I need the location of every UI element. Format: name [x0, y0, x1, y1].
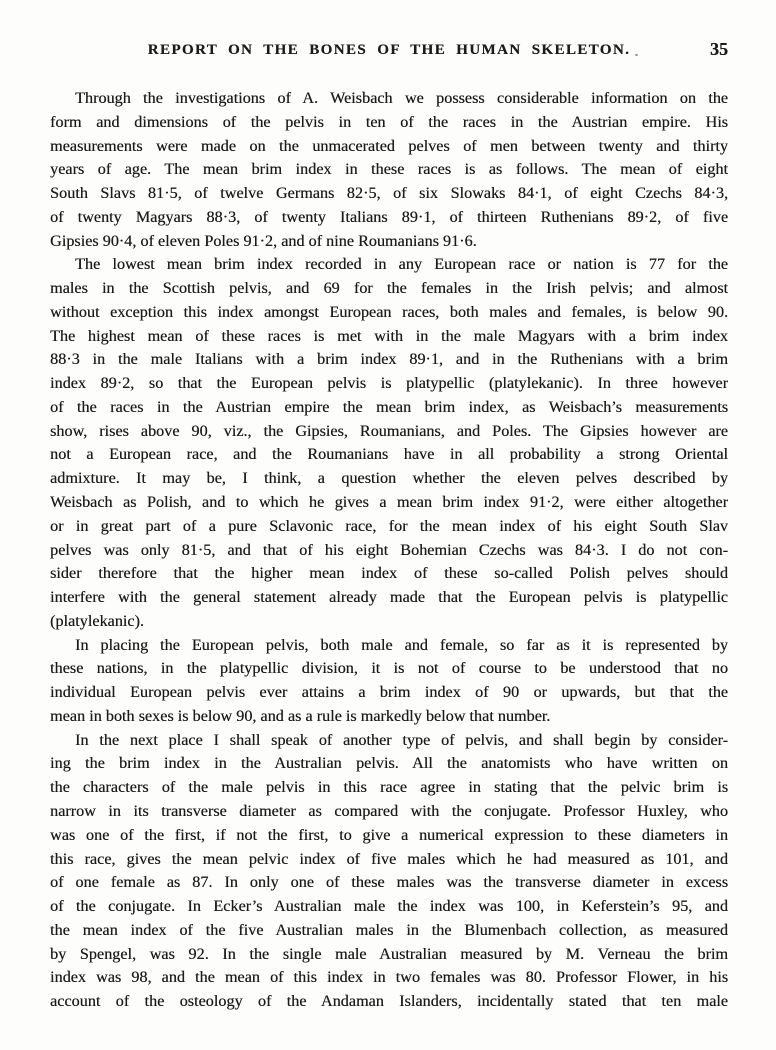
text-line: South Slavs 81·5, of twelve Germans 82·5… [50, 182, 728, 206]
book-page: REPORT ON THE BONES OF THE HUMAN SKELETO… [0, 0, 776, 1050]
text-line: account of the osteology of the Andaman … [50, 990, 728, 1014]
text-line: not a European race, and the Roumanians … [50, 443, 728, 467]
text-line: In the next place I shall speak of anoth… [50, 729, 728, 753]
text-line: ing the brim index in the Australian pel… [50, 752, 728, 776]
text-line: of the conjugate. In Ecker’s Australian … [50, 895, 728, 919]
text-line: sider therefore that the higher mean ind… [50, 562, 728, 586]
text-line: this race, gives the mean pelvic index o… [50, 848, 728, 872]
paragraph: In placing the European pelvis, both mal… [50, 634, 728, 729]
paragraph: In the next place I shall speak of anoth… [50, 729, 728, 1014]
text-line: interfere with the general statement alr… [50, 586, 728, 610]
text-line: these nations, in the platypellic divisi… [50, 657, 728, 681]
text-line: show, rises above 90, viz., the Gipsies,… [50, 420, 728, 444]
text-line: narrow in its transverse diameter as com… [50, 800, 728, 824]
text-line: the characters of the male pelvis in thi… [50, 776, 728, 800]
page-number: 35 [710, 39, 728, 60]
text-line: of the races in the Austrian empire the … [50, 396, 728, 420]
page-title: REPORT ON THE BONES OF THE HUMAN SKELETO… [50, 42, 728, 59]
text-line: the mean index of the five Australian ma… [50, 919, 728, 943]
text-line: or in great part of a pure Sclavonic rac… [50, 515, 728, 539]
text-line: admixture. It may be, I think, a questio… [50, 467, 728, 491]
text-line: mean in both sexes is below 90, and as a… [50, 705, 728, 729]
text-line: by Spengel, was 92. In the single male A… [50, 943, 728, 967]
text-line: Gipsies 90·4, of eleven Poles 91·2, and … [50, 230, 728, 254]
text-line: The highest mean of these races is met w… [50, 325, 728, 349]
paragraph: Through the investigations of A. Weisbac… [50, 87, 728, 253]
text-line: 88·3 in the male Italians with a brim in… [50, 348, 728, 372]
text-line: of one female as 87. In only one of thes… [50, 871, 728, 895]
text-line: of twenty Magyars 88·3, of twenty Italia… [50, 206, 728, 230]
text-line: In placing the European pelvis, both mal… [50, 634, 728, 658]
scan-speck [635, 54, 638, 56]
text-line: Through the investigations of A. Weisbac… [50, 87, 728, 111]
text-line: pelves was only 81·5, and that of his ei… [50, 539, 728, 563]
text-line: (platylekanic). [50, 610, 728, 634]
text-line: measurements were made on the unmacerate… [50, 135, 728, 159]
body-text: Through the investigations of A. Weisbac… [50, 87, 728, 1014]
running-header: REPORT ON THE BONES OF THE HUMAN SKELETO… [50, 42, 728, 64]
text-line: was one of the first, if not the first, … [50, 824, 728, 848]
text-line: form and dimensions of the pelvis in ten… [50, 111, 728, 135]
text-line: years of age. The mean brim index in the… [50, 158, 728, 182]
text-line: without exception this index amongst Eur… [50, 301, 728, 325]
text-line: individual European pelvis ever attains … [50, 681, 728, 705]
text-line: males in the Scottish pelvis, and 69 for… [50, 277, 728, 301]
text-line: Weisbach as Polish, and to which he give… [50, 491, 728, 515]
text-line: The lowest mean brim index recorded in a… [50, 253, 728, 277]
text-line: index 89·2, so that the European pelvis … [50, 372, 728, 396]
text-line: index was 98, and the mean of this index… [50, 966, 728, 990]
paragraph: The lowest mean brim index recorded in a… [50, 253, 728, 633]
